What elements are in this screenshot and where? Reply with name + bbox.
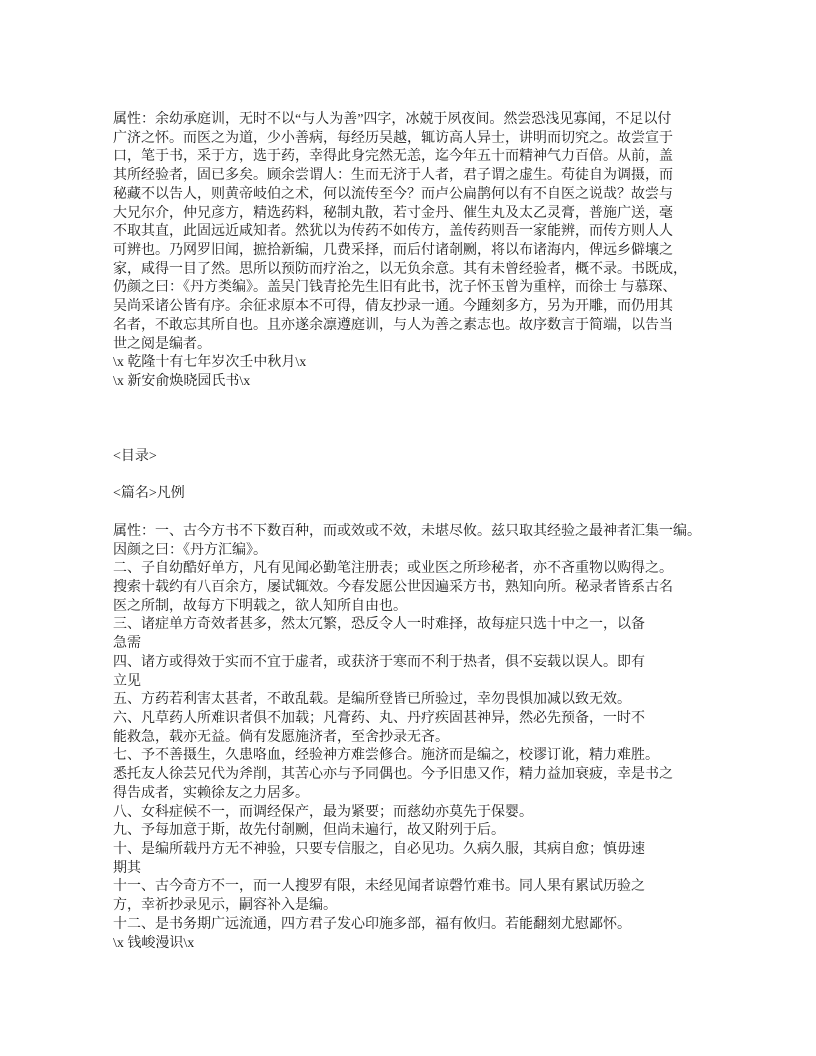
text-line: 八、女科症候不一，而调经保产，最为紧要；而慈幼亦莫先于保婴。 <box>113 804 713 823</box>
blank-line <box>113 411 713 430</box>
text-line: 世之阅是编者。 <box>113 336 713 355</box>
text-line: 十、是编所载丹方无不神验，只要专信服之，自必见功。久病久服，其病自愈；慎毋速 <box>113 841 713 860</box>
blank-line <box>113 504 713 523</box>
text-line: 广济之怀。而医之为道，少小善病，每经历吴越，辄访高人异士，讲明而切究之。故尝宣于 <box>113 130 713 149</box>
text-line: 其所经验者，固已多矣。顾余尝谓人：生而无济于人者，君子谓之虚生。苟徒自为调摄，而 <box>113 167 713 186</box>
text-line: 家，咸得一目了然。思所以预防而疗治之，以无负余意。其有未曾经验者，概不录。书既成… <box>113 261 713 280</box>
text-line: 仍颜之曰：《丹方类编》。盖吴门钱青抡先生旧有此书，沈子怀玉曾为重梓，而徐士 与慕… <box>113 279 713 298</box>
text-line: 口，笔于书，采于方，选于药，幸得此身完然无恙，迄今年五十而精神气力百倍。从前，盖 <box>113 148 713 167</box>
text-line: 五、方药若利害太甚者，不敢乱载。是编所登皆已所验过，幸勿畏惧加减以致无效。 <box>113 691 713 710</box>
text-line: 不取其直，此固远近咸知者。然犹以为传药不如传方，盖传药则吾一家能辨，而传方则人人 <box>113 223 713 242</box>
text-line: 七、予不善摄生，久患咯血，经验神方难尝修合。施济而是编之，校谬订讹，精力难胜。 <box>113 747 713 766</box>
text-line: 吴尚采诸公皆有序。余征求原本不可得，倩友抄录一通。今踵刻多方，另为开雕，而仍用其 <box>113 298 713 317</box>
text-line: 十一、古今奇方不一，而一人搜罗有限，未经见闻者谅磬竹难书。同人果有累试历验之 <box>113 878 713 897</box>
text-line: 属性：一、古今方书不下数百种，而或效或不效，未堪尽攸。兹只取其经验之最神者汇集一… <box>113 523 713 542</box>
text-line: \x 乾隆十有七年岁次壬中秋月\x <box>113 354 713 373</box>
blank-line <box>113 392 713 411</box>
text-line: 名者，不敢忘其所自也。且亦遂余凛遵庭训，与人为善之素志也。故序数言于简端，以告当 <box>113 317 713 336</box>
text-line: 属性：余幼承庭训，无时不以“与人为善”四字，冰兢于夙夜间。然尝恐浅见寡闻，不足以… <box>113 111 713 130</box>
text-line: 四、诸方或得效于实而不宜于虚者，或获济于寒而不利于热者，俱不妄载以误人。即有 <box>113 654 713 673</box>
document-page: 属性：余幼承庭训，无时不以“与人为善”四字，冰兢于夙夜间。然尝恐浅见寡闻，不足以… <box>0 0 816 1056</box>
text-line: 可辨也。乃网罗旧闻，摭拾新编，几费采择，而后付诸剞劂，将以布诸海内，俾远乡僻壤之 <box>113 242 713 261</box>
text-line: 二、子自幼酷好单方，凡有见闻必勤笔注册表；或业医之所珍秘者，亦不吝重物以购得之。 <box>113 560 713 579</box>
text-line: \x 钱峻漫识\x <box>113 935 713 954</box>
blank-line <box>113 429 713 448</box>
text-line: 期其 <box>113 860 713 879</box>
text-line: 九、予每加意于斯，故先付剞劂，但尚未遍行，故又附列于后。 <box>113 822 713 841</box>
text-line: \x 新安俞焕晓园氏书\x <box>113 373 713 392</box>
blank-line <box>113 467 713 486</box>
text-line: 方，幸祈抄录见示，嗣容补入是编。 <box>113 897 713 916</box>
text-line: <篇名>凡例 <box>113 485 713 504</box>
text-line: 六、凡草药人所难识者俱不加载；凡膏药、丸、丹疗疾固甚神异，然必先预备，一时不 <box>113 710 713 729</box>
text-line: 因颜之曰：《丹方汇编》。 <box>113 542 713 561</box>
text-line: 得告成者，实赖徐友之力居多。 <box>113 785 713 804</box>
text-line: 三、诸症单方奇效者甚多，然太冗繁，恐反令人一时难择，故每症只选十中之一，以备 <box>113 616 713 635</box>
text-line: <目录> <box>113 448 713 467</box>
text-line: 急需 <box>113 635 713 654</box>
text-line: 十二、是书务期广远流通，四方君子发心印施多部，福有攸归。若能翻刻尤慰鄙怀。 <box>113 916 713 935</box>
text-line: 大兄尔介，仲兄彦方，精选药料，秘制丸散，若寸金丹、催生丸及太乙灵膏，普施广送，毫 <box>113 205 713 224</box>
document-text: 属性：余幼承庭训，无时不以“与人为善”四字，冰兢于夙夜间。然尝恐浅见寡闻，不足以… <box>113 111 713 953</box>
text-line: 秘藏不以告人，则黄帝岐伯之术，何以流传至今？而卢公扁鹊何以有不自医之说哉？故尝与 <box>113 186 713 205</box>
text-line: 能救急，载亦无益。倘有发愿施济者，至舍抄录无吝。 <box>113 729 713 748</box>
text-line: 悉托友人徐芸兄代为斧削，其苦心亦与予同偶也。今予旧患又作，精力益加衰疲，幸是书之 <box>113 766 713 785</box>
text-line: 立见 <box>113 673 713 692</box>
text-line: 医之所制，故每方下明载之，欲人知所自由也。 <box>113 598 713 617</box>
text-line: 搜索十载约有八百余方，屡试辄效。今春发愿公世因遍采方书，熟知向所。秘录者皆系古名 <box>113 579 713 598</box>
